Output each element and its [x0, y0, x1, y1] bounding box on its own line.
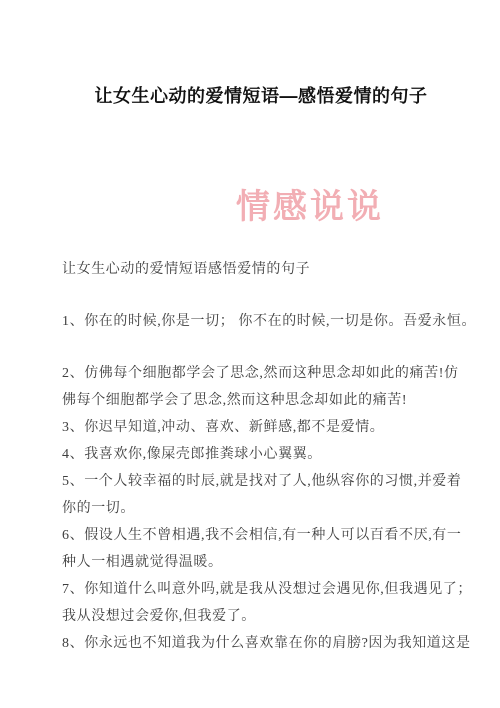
text-line: 2、仿佛每个细胞都学会了思念,然而这种思念却如此的痛苦!仿: [62, 360, 470, 387]
text-line: 8、你永远也不知道我为什么喜欢靠在你的肩膀?因为我知道这是: [62, 630, 470, 657]
text-line: 5、一个人较幸福的时辰,就是找对了人,他纵容你的习惯,并爱着: [62, 468, 470, 495]
text-line: 佛每个细胞都学会了思念,然而这种思念却如此的痛苦!: [62, 387, 470, 414]
paragraph-6: 6、假设人生不曾相遇,我不会相信,有一种人可以百看不厌,有一 种人一相遇就觉得温…: [62, 522, 470, 576]
paragraph-5: 5、一个人较幸福的时辰,就是找对了人,他纵容你的习惯,并爱着 你的一切。: [62, 468, 470, 522]
paragraph-4: 4、我喜欢你,像屎壳郎推粪球小心翼翼。: [62, 441, 470, 468]
text-line: 种人一相遇就觉得温暖。: [62, 549, 470, 576]
document-page: 让女生心动的爱情短语—感悟爱情的句子 情感说说 让女生心动的爱情短语感悟爱情的句…: [0, 0, 500, 708]
text-line: 我从没想过会爱你,但我爱了。: [62, 603, 470, 630]
paragraph-8: 8、你永远也不知道我为什么喜欢靠在你的肩膀?因为我知道这是: [62, 630, 470, 657]
paragraph-3: 3、你迟早知道,冲动、喜欢、新鲜感,都不是爱情。: [62, 414, 470, 441]
paragraph-1: 1、你在的时候,你是一切； 你不在的时候,一切是你。吾爱永恒。: [62, 308, 470, 335]
brand-watermark: 情感说说: [236, 179, 384, 228]
text-line: 让女生心动的爱情短语感悟爱情的句子: [62, 256, 470, 283]
page-title: 让女生心动的爱情短语—感悟爱情的句子: [62, 83, 460, 110]
text-line: 4、我喜欢你,像屎壳郎推粪球小心翼翼。: [62, 441, 470, 468]
text-line: 7、你知道什么叫意外吗,就是我从没想过会遇见你,但我遇见了；: [62, 576, 470, 603]
text-line: 6、假设人生不曾相遇,我不会相信,有一种人可以百看不厌,有一: [62, 522, 470, 549]
body-heading: 让女生心动的爱情短语感悟爱情的句子: [62, 256, 470, 283]
paragraph-7: 7、你知道什么叫意外吗,就是我从没想过会遇见你,但我遇见了； 我从没想过会爱你,…: [62, 576, 470, 630]
document-body: 让女生心动的爱情短语感悟爱情的句子 1、你在的时候,你是一切； 你不在的时候,一…: [0, 256, 500, 657]
text-line: 3、你迟早知道,冲动、喜欢、新鲜感,都不是爱情。: [62, 414, 470, 441]
text-line: 1、你在的时候,你是一切； 你不在的时候,一切是你。吾爱永恒。: [62, 308, 470, 335]
paragraph-2: 2、仿佛每个细胞都学会了思念,然而这种思念却如此的痛苦!仿 佛每个细胞都学会了思…: [62, 360, 470, 414]
text-line: 你的一切。: [62, 495, 470, 522]
